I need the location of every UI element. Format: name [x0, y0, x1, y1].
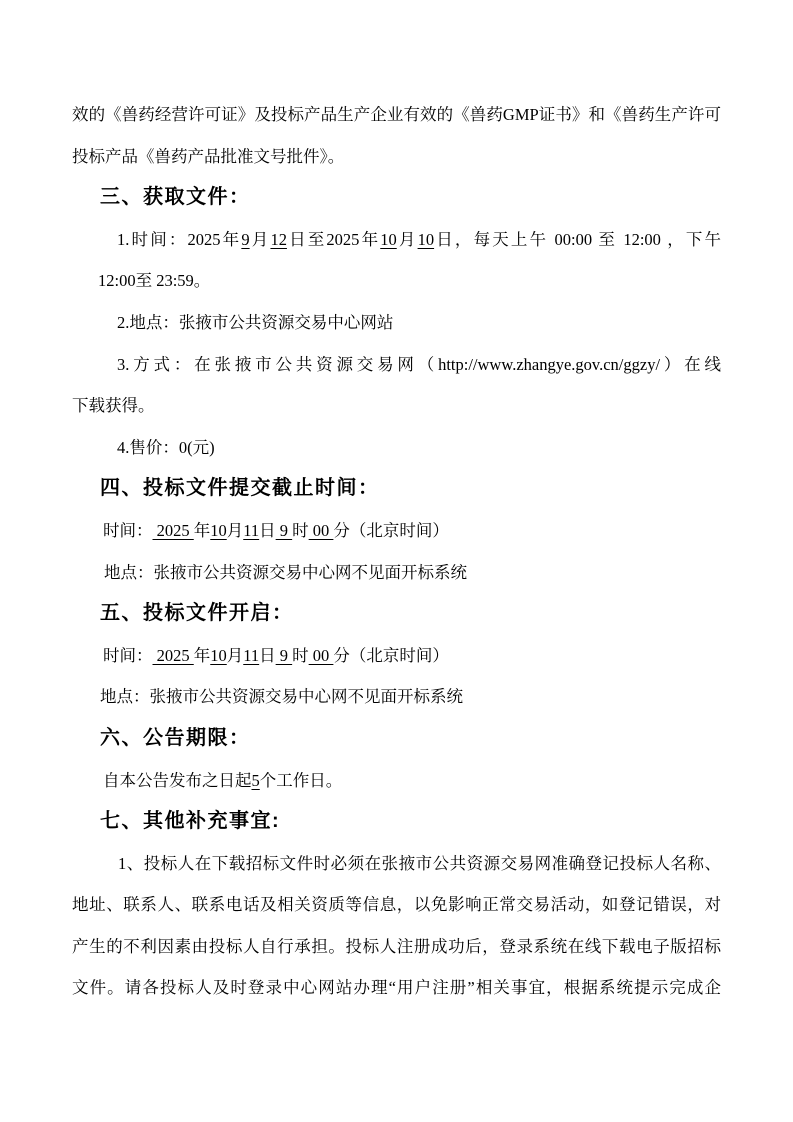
supplement-1-line3: 产生的不利因素由投标人自行承担。投标人注册成功后，登录系统在线下载电子版招标: [72, 926, 721, 968]
text-segment: 日，每天上午 00:00 至 12:00 ，下午: [434, 230, 721, 249]
text-segment: 时: [292, 646, 309, 665]
text-segment: 效的《兽药经营许可证》及投标产品生产企业有效的《兽药GMP证书》和《兽药生产许可…: [72, 105, 721, 136]
text-segment: 地点：张掖市公共资源交易中心网不见面开标系统: [100, 687, 463, 706]
deadline-location: 地点：张掖市公共资源交易中心网不见面开标系统: [72, 552, 721, 594]
text-segment: 分（北京时间）: [333, 521, 449, 540]
text-segment: 月: [397, 230, 418, 249]
underlined-value: 11: [243, 646, 259, 665]
text-segment: 个工作日。: [260, 771, 343, 790]
underlined-value: 00: [309, 521, 334, 540]
document-body: 效的《兽药经营许可证》及投标产品生产企业有效的《兽药GMP证书》和《兽药生产许可…: [72, 94, 721, 1009]
supplement-1-line4: 文件。请各投标人及时登录中心网站办理“用户注册”相关事宜，根据系统提示完成企: [72, 967, 721, 1009]
document-page: 效的《兽药经营许可证》及投标产品生产企业有效的《兽药GMP证书》和《兽药生产许可…: [0, 0, 793, 1122]
para-certificates-line1: 效的《兽药经营许可证》及投标产品生产企业有效的《兽药GMP证书》和《兽药生产许可…: [72, 94, 721, 136]
underlined-value: 00: [309, 646, 334, 665]
heading-section-4-submission-deadline: 四、投标文件提交截止时间：: [72, 468, 721, 510]
text-segment: 时: [292, 521, 309, 540]
heading-section-3-obtain-documents: 三、获取文件：: [72, 177, 721, 219]
text-segment: 五、投标文件开启：: [100, 602, 294, 624]
underlined-value: 5: [252, 771, 260, 790]
deadline-time: 时间： 2025 年10月11日 9 时 00 分（北京时间）: [72, 510, 721, 552]
para-certificates-line2: 投标产品《兽药产品批准文号批件》。: [72, 136, 721, 178]
item-1-time-line1: 1.时间：2025年9月12日至2025年10月10日，每天上午 00:00 至…: [72, 219, 721, 261]
text-segment: 时间：: [103, 646, 153, 665]
underlined-value: 9: [276, 521, 293, 540]
text-segment: 产生的不利因素由投标人自行承担。投标人注册成功后，登录系统在线下载电子版招标: [72, 937, 721, 956]
text-segment: 时间：: [103, 521, 153, 540]
underlined-value: 2025: [153, 521, 194, 540]
text-segment: 日: [259, 521, 276, 540]
underlined-value: 10: [210, 521, 227, 540]
underlined-value: 10: [380, 230, 397, 249]
text-segment: 文件。请各投标人及时登录中心网站办理“用户注册”相关事宜，根据系统提示完成企: [72, 978, 721, 997]
text-segment: 年: [194, 521, 211, 540]
underlined-value: 10: [210, 646, 227, 665]
heading-section-7-supplementary-matters: 七、其他补充事宜:: [72, 801, 721, 843]
text-segment: 月: [250, 230, 271, 249]
underlined-value: 9: [241, 230, 249, 249]
item-3-method-line1: 3.方式：在张掖市公共资源交易网（http://www.zhangye.gov.…: [72, 344, 721, 386]
text-segment: 月: [227, 521, 244, 540]
item-1-time-line2: 12:00至 23:59。: [72, 260, 721, 302]
text-segment: 投标产品《兽药产品批准文号批件》。: [72, 147, 344, 166]
underlined-value: 2025: [153, 646, 194, 665]
text-segment: 1.时间：2025年: [117, 230, 241, 249]
underlined-value: 11: [243, 521, 259, 540]
text-segment: 四、投标文件提交截止时间：: [100, 477, 380, 499]
heading-section-5-bid-opening: 五、投标文件开启：: [72, 593, 721, 635]
supplement-1-line2: 地址、联系人、联系电话及相关资质等信息，以免影响正常交易活动，如登记错误，对: [72, 884, 721, 926]
item-3-method-line2: 下载获得。: [72, 385, 721, 427]
text-segment: 年: [194, 646, 211, 665]
underlined-value: 12: [270, 230, 287, 249]
text-segment: 七、其他补充事宜:: [100, 810, 280, 832]
text-segment: 分（北京时间）: [333, 646, 449, 665]
announcement-period: 自本公告发布之日起5个工作日。: [72, 760, 721, 802]
opening-location: 地点：张掖市公共资源交易中心网不见面开标系统: [72, 676, 721, 718]
text-segment: 4.售价：0(元): [117, 438, 215, 457]
text-segment: 月: [227, 646, 244, 665]
text-segment: 12:00至 23:59。: [98, 271, 210, 290]
text-segment: 六、公告期限：: [100, 727, 251, 749]
underlined-value: 9: [276, 646, 293, 665]
underlined-value: 10: [418, 230, 435, 249]
text-segment: 日: [259, 646, 276, 665]
text-segment: ）在线: [660, 355, 721, 374]
item-2-location: 2.地点：张掖市公共资源交易中心网站: [72, 302, 721, 344]
text-segment: 1、投标人在下载招标文件时必须在张掖市公共资源交易网准确登记投标人名称、: [118, 854, 721, 873]
text-segment: 三、获取文件：: [100, 186, 251, 208]
text-segment: 地址、联系人、联系电话及相关资质等信息，以免影响正常交易活动，如登记错误，对: [72, 895, 721, 914]
text-segment: 地点：张掖市公共资源交易中心网不见面开标系统: [104, 563, 467, 582]
text-segment: 2.地点：张掖市公共资源交易中心网站: [117, 313, 393, 332]
text-segment: 3.方式：在张掖市公共资源交易网（: [117, 355, 438, 374]
supplement-1-line1: 1、投标人在下载招标文件时必须在张掖市公共资源交易网准确登记投标人名称、: [72, 843, 721, 885]
item-4-price: 4.售价：0(元): [72, 427, 721, 469]
document-url: http://www.zhangye.gov.cn/ggzy/: [438, 355, 660, 374]
text-segment: 日至2025年: [287, 230, 380, 249]
opening-time: 时间： 2025 年10月11日 9 时 00 分（北京时间）: [72, 635, 721, 677]
text-segment: 下载获得。: [72, 396, 155, 415]
heading-section-6-announcement-period: 六、公告期限：: [72, 718, 721, 760]
text-segment: 自本公告发布之日起: [103, 771, 252, 790]
